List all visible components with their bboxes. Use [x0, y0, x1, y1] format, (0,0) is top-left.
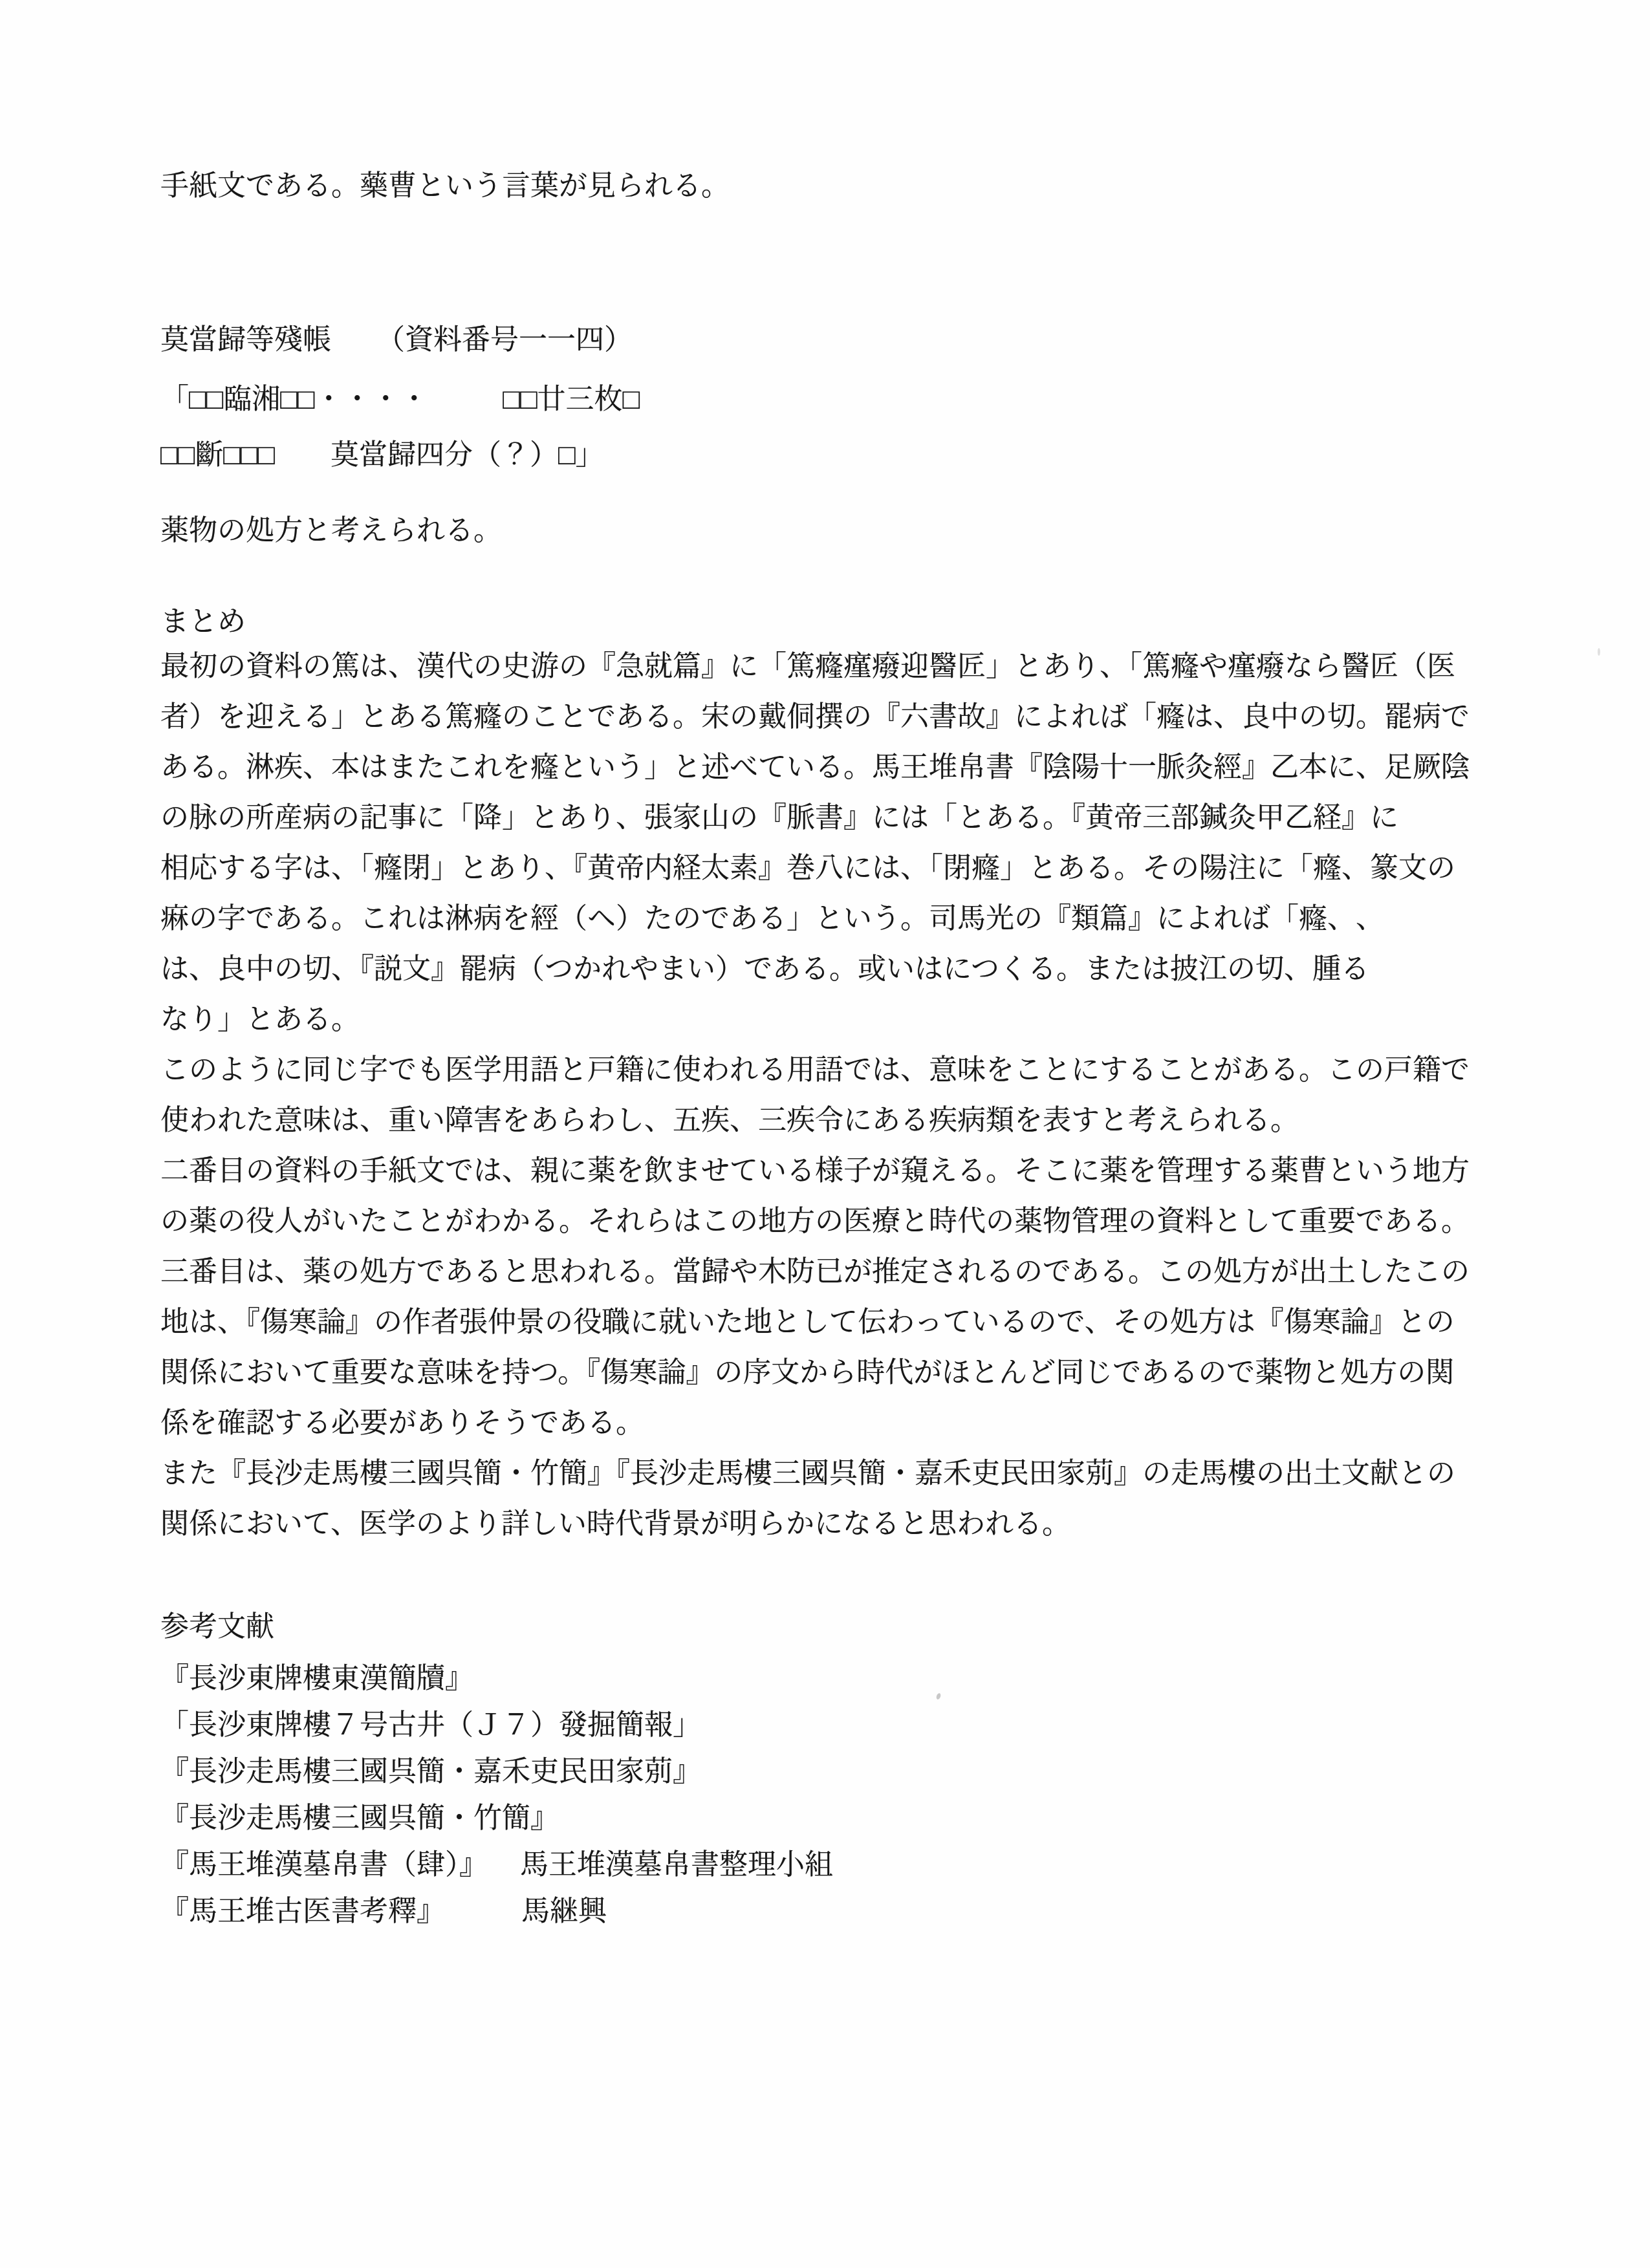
record-note: 薬物の処方と考えられる。	[160, 514, 502, 548]
scanned-document-page: 手紙文である。藥曹という言葉が見られる。 莫當歸等殘帳（資料番号一一四） 「□□…	[0, 0, 1650, 2268]
summary-line: 痳の字である。これは淋病を經（ヘ）たのである」という。司馬光の『類篇』によれば「…	[160, 902, 1384, 936]
summary-line: は、良中の切、『説文』罷病（つかれやまい）である。或いは𤵸、𤶇につくる。または披…	[160, 953, 1369, 986]
summary-line: の脉の所産病の記事に「降」とあり、張家山の『脈書』には「𤵸」とある。『黄帝三部鍼…	[160, 801, 1398, 835]
record-line-1-right: □□廿三枚□	[503, 383, 640, 416]
references-heading: 参考文献	[160, 1610, 274, 1644]
record-line-1-left: 「□□臨湘□□・・・・	[160, 383, 428, 415]
summary-line: 二番目の資料の手紙文では、親に薬を飲ませている様子が窺える。そこに薬を管理する薬…	[160, 1154, 1470, 1188]
reference-author: 馬継興	[521, 1895, 607, 1928]
record-line-2: □□斷□□□莫當歸四分（？）□」	[160, 438, 603, 472]
reference-author: 馬王堆漢墓帛書整理小組	[520, 1848, 833, 1882]
reference-item: 「長沙東牌樓７号古井（Ｊ７）發掘簡報」	[160, 1709, 701, 1742]
summary-line: 相応する字は、「癃閉」とあり、『黄帝内経太素』巻八には、「閉癃」とある。その陽注…	[160, 852, 1455, 885]
reference-item: 『馬王堆古医書考釋』馬継興	[160, 1895, 607, 1928]
reference-title: 『馬王堆古医書考釋』	[160, 1895, 445, 1927]
reference-item: 『長沙走馬樓三國呉簡・嘉禾吏民田家莂』	[160, 1755, 701, 1789]
summary-line: の薬の役人がいたことがわかる。それらはこの地方の医療と時代の薬物管理の資料として…	[160, 1205, 1470, 1238]
reference-item: 『長沙走馬樓三國呉簡・竹簡』	[160, 1802, 559, 1835]
record-line-2-left: □□斷□□□	[160, 439, 275, 471]
summary-line: なり」とある。	[160, 1003, 360, 1037]
record-line-1: 「□□臨湘□□・・・・□□廿三枚□	[160, 383, 640, 416]
reference-title: 「長沙東牌樓７号古井（Ｊ７）發掘簡報」	[160, 1709, 701, 1741]
summary-line: ある。淋疾、本はまたこれを癃という」と述べている。馬王堆帛書『陰陽十一脈灸經』乙…	[160, 751, 1470, 784]
intro-line: 手紙文である。藥曹という言葉が見られる。	[160, 169, 730, 203]
scan-speck	[935, 1692, 941, 1700]
summary-heading: まとめ	[160, 605, 246, 639]
reference-title: 『馬王堆漢墓帛書（肆）』	[160, 1849, 488, 1881]
summary-line: 使われた意味は、重い障害をあらわし、五疾、三疾令にある疾病類を表すと考えられる。	[160, 1104, 1299, 1138]
summary-line: このように同じ字でも医学用語と戸籍に使われる用語では、意味をことにすることがある…	[160, 1053, 1470, 1087]
record-line-2-right: 莫當歸四分（？）□」	[331, 438, 604, 472]
scan-speck	[1598, 648, 1600, 656]
reference-title: 『長沙走馬樓三國呉簡・嘉禾吏民田家莂』	[160, 1756, 701, 1787]
summary-line: 地は、『傷寒論』の作者張仲景の役職に就いた地として伝わっているので、その処方は『…	[160, 1306, 1455, 1339]
reference-title: 『長沙走馬樓三國呉簡・竹簡』	[160, 1802, 559, 1834]
record-title: 莫當歸等殘帳	[160, 324, 331, 356]
record-title-note: （資料番号一一四）	[376, 323, 633, 357]
summary-line: 者）を迎える」とある篤癃のことである。宋の戴侗撰の『六書故』によれば「癃は、良中…	[160, 700, 1470, 734]
reference-title: 『長沙東牌樓東漢簡牘』	[160, 1663, 473, 1694]
summary-line: また『長沙走馬樓三國呉簡・竹簡』『長沙走馬樓三國呉簡・嘉禾吏民田家莂』の走馬樓の…	[160, 1457, 1455, 1491]
summary-line: 関係において重要な意味を持つ。『傷寒論』の序文から時代がほとんど同じであるので薬…	[160, 1356, 1454, 1390]
record-title-line: 莫當歸等殘帳（資料番号一一四）	[160, 323, 633, 357]
summary-line: 三番目は、薬の処方であると思われる。當歸や木防已が推定されるのである。この処方が…	[160, 1255, 1470, 1289]
reference-item: 『長沙東牌樓東漢簡牘』	[160, 1662, 473, 1696]
summary-line: 関係において、医学のより詳しい時代背景が明らかになると思われる。	[160, 1507, 1070, 1541]
summary-line: 最初の資料の篤𤵸は、漢代の史游の『急就篇』に「篤癃瘽癈迎醫匠」とあり、「篤癃や瘽…	[160, 650, 1455, 684]
reference-item: 『馬王堆漢墓帛書（肆）』馬王堆漢墓帛書整理小組	[160, 1848, 833, 1882]
summary-line: 係を確認する必要がありそうである。	[160, 1407, 644, 1440]
